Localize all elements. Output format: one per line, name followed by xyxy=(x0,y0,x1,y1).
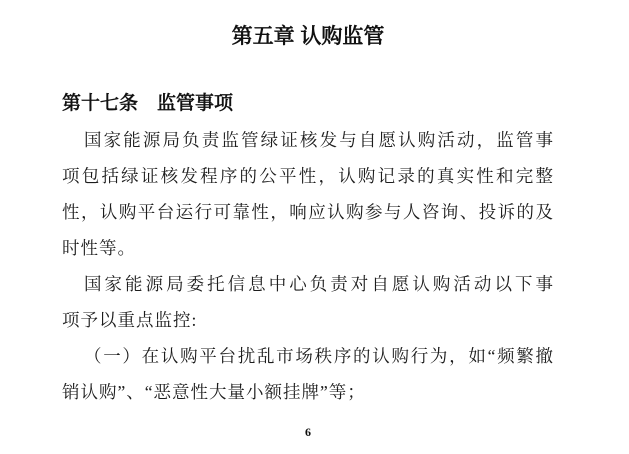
body-line: 国家能源局负责监管绿证核发与自愿认购活动，监管事 xyxy=(62,122,554,158)
body-line: 销认购”、“恶意性大量小额挂牌”等； xyxy=(62,374,554,410)
body-line: 项予以重点监控: xyxy=(62,302,554,338)
body-line: （一）在认购平台扰乱市场秩序的认购行为，如“频繁撤 xyxy=(62,338,554,374)
body-line: 性，认购平台运行可靠性，响应认购参与人咨询、投诉的及 xyxy=(62,194,554,230)
article-heading: 第十七条 监管事项 xyxy=(62,86,554,122)
chapter-title: 第五章 认购监管 xyxy=(62,22,554,52)
page-number: 6 xyxy=(62,424,554,440)
document-page: 第五章 认购监管 第十七条 监管事项 国家能源局负责监管绿证核发与自愿认购活动，… xyxy=(0,0,629,454)
body-line: 项包括绿证核发程序的公平性，认购记录的真实性和完整 xyxy=(62,158,554,194)
article-text-block: 第十七条 监管事项 国家能源局负责监管绿证核发与自愿认购活动，监管事 项包括绿证… xyxy=(62,86,554,410)
body-line: 时性等。 xyxy=(62,230,554,266)
body-line: 国家能源局委托信息中心负责对自愿认购活动以下事 xyxy=(62,266,554,302)
